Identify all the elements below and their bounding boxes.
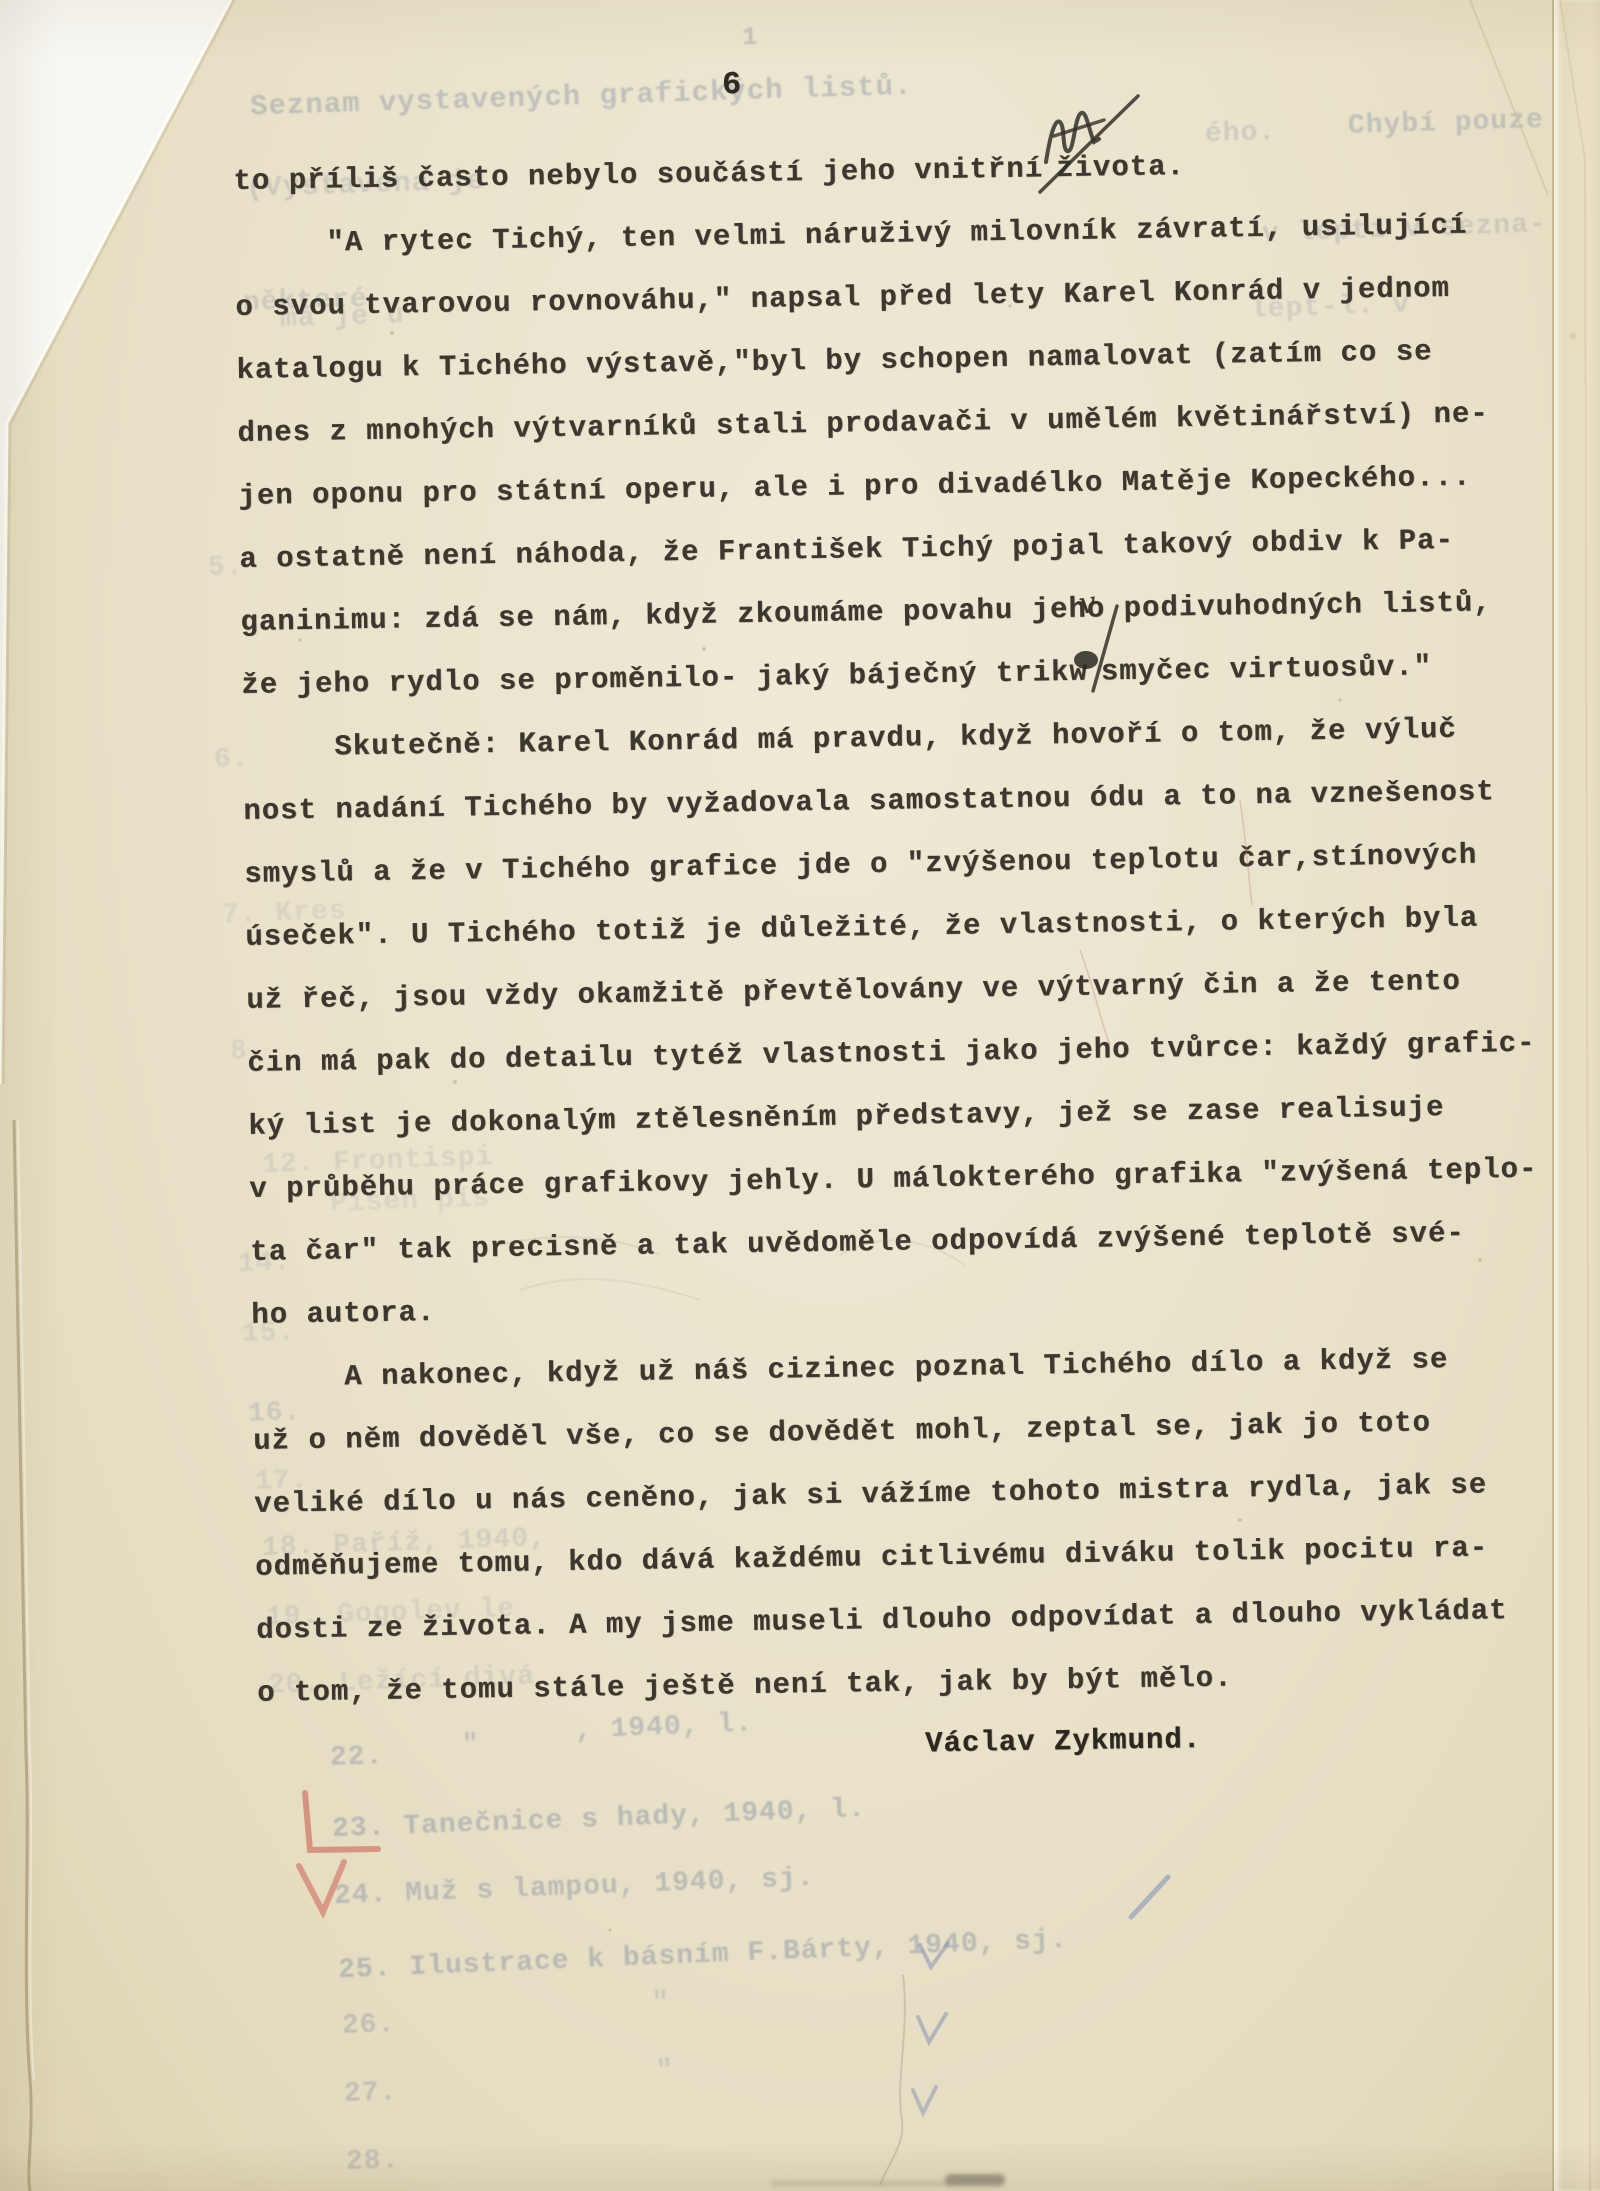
- bleedthrough-text: 22.: [329, 1741, 383, 1774]
- pen-scribble-bar: [1054, 120, 1104, 136]
- bleedthrough-text: 1: [742, 22, 759, 52]
- typed-text-layer: 6 to příliš často nebylo součástí jeho v…: [233, 129, 1600, 1725]
- line-segment: že jeho rydlo se proměnilo- jaký báječný…: [241, 656, 1088, 702]
- crease-highlight: [18, 1120, 34, 2080]
- ink-smudge: [945, 2174, 1005, 2186]
- pencil-stray-line: [880, 1975, 905, 2185]
- typescript-page-scan: 1Seznam vystavených grafických listů.(Vy…: [0, 0, 1600, 2191]
- bleedthrough-text: 28.: [345, 2145, 399, 2178]
- line-segment: to příliš často nebylo součástí jeho vni…: [233, 152, 1043, 198]
- bleedthrough-text: Seznam vystavených grafických listů.: [250, 70, 913, 124]
- bleedthrough-text: ": [651, 1988, 670, 2020]
- ink-smudge-faint: [770, 2180, 950, 2187]
- line-segment: smyčec virtuosův.": [1100, 635, 1432, 703]
- bleedthrough-text: 27.: [343, 2077, 397, 2110]
- blue-check-mark: [918, 2014, 946, 2042]
- blue-check-mark: [913, 2087, 936, 2113]
- bleedthrough-text: 24. Muž s lampou, 1940, sj.: [334, 1863, 816, 1912]
- line-segment: života.: [1056, 135, 1186, 200]
- blue-check-mark: [1131, 1877, 1168, 1917]
- bleedthrough-text: 23. Tanečnice s hady, 1940, l.: [332, 1794, 867, 1845]
- bleedthrough-text: 25. Ilustrace k básním F.Bárty, 1940, sj…: [338, 1925, 1069, 1987]
- page-number: 6: [722, 66, 742, 103]
- crease-line: [14, 1120, 31, 2191]
- bleedthrough-text: ": [461, 1730, 480, 1762]
- bleedthrough-text: ": [655, 2056, 674, 2088]
- signature-line: Václav Zykmund.: [925, 1720, 1202, 1764]
- bleedthrough-text: 26.: [341, 2009, 395, 2042]
- typescript-body: to příliš často nebylo součástí jeho vni…: [233, 129, 1600, 1725]
